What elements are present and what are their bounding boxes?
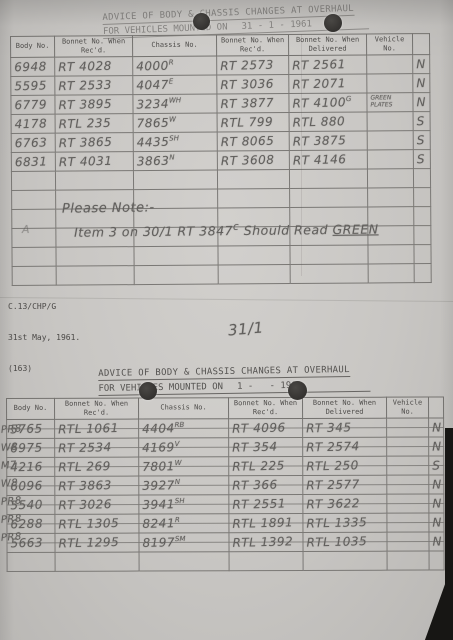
table-cell: 4169V: [139, 437, 229, 456]
table-row: [7, 550, 444, 571]
table-cell: RT 3865: [55, 132, 133, 152]
table-cell: [387, 494, 429, 513]
table-cell: [413, 168, 430, 187]
table-cell: RT 3895: [55, 94, 133, 114]
doc2-title: ADVICE OF BODY & CHASSIS CHANGES AT OVER…: [98, 365, 350, 381]
table-cell: [414, 187, 431, 206]
table-cell: [218, 245, 290, 265]
column-header: Chassis No.: [133, 35, 217, 56]
margin-annotation: PR8: [0, 420, 27, 440]
table-cell: [229, 551, 303, 570]
note-label: Please Note:-: [62, 200, 155, 216]
table-cell: [387, 418, 429, 437]
table-cell: [7, 552, 55, 571]
table-cell: N: [429, 417, 444, 436]
table-cell: 4435SH: [133, 132, 217, 152]
table-row: 4216RTL 2697801WRTL 225RTL 250S: [7, 455, 444, 476]
table-cell: RTL 250: [303, 456, 387, 475]
doc1-date: 31 - 1 - 1961: [241, 19, 312, 32]
table-cell: [387, 551, 429, 570]
table-cell: RT 2533: [55, 75, 133, 95]
margin-annotation: W8: [0, 474, 27, 494]
table-cell: [367, 168, 413, 187]
table-cell: 3234WH: [133, 94, 217, 114]
table-cell: N: [413, 73, 430, 92]
column-header: Bonnet No. When Rec'd.: [55, 36, 133, 57]
table-cell: [368, 263, 414, 282]
table-cell: [12, 190, 56, 209]
table-cell: S: [413, 149, 430, 168]
table-cell: 8197SM: [139, 532, 229, 551]
table-cell: RT 3622: [303, 494, 387, 513]
table-cell: [367, 130, 413, 149]
column-header: [428, 397, 443, 418]
table-cell: [368, 187, 414, 206]
margin-annotations: PR8W8M7W8PR8PR8PR8: [1, 421, 27, 547]
note-green: GREEN: [332, 222, 378, 237]
table-cell: [414, 225, 431, 244]
table-cell: RT 354: [229, 437, 303, 456]
table-cell: N: [429, 436, 444, 455]
table-cell: [12, 209, 56, 228]
table-cell: RT 4028: [55, 56, 133, 76]
table-cell: [12, 247, 56, 266]
table-cell: [387, 437, 429, 456]
table-cell: RTL 1335: [303, 513, 387, 532]
table-cell: RTL 1295: [55, 533, 139, 552]
table-cell: 8241R: [139, 513, 229, 532]
scanned-page: ADVICE OF BODY & CHASSIS CHANGES AT OVER…: [0, 0, 453, 640]
table-cell: [56, 246, 134, 266]
table-cell: N: [429, 474, 444, 493]
column-header: Vehicle No.: [386, 397, 428, 418]
hole-punch-icon: [193, 13, 210, 30]
column-header: Body No.: [7, 398, 55, 419]
column-header: Bonnet No. When Delivered: [302, 397, 386, 418]
changes-table-doc2: Body No.Bonnet No. When Rec'd.Chassis No…: [6, 396, 445, 571]
table-cell: RTL 225: [229, 456, 303, 475]
column-header: Bonnet No. When Rec'd.: [229, 397, 303, 418]
table-row: 6096RT 38633927NRT 366RT 2577N: [7, 474, 444, 495]
table-row: 5765RTL 10614404RBRT 4096RT 345N: [7, 417, 444, 438]
table-cell: N: [429, 512, 444, 531]
margin-annotation: M7: [0, 456, 27, 476]
table-cell: S: [413, 111, 430, 130]
page-annotation: 31/1: [227, 318, 264, 339]
table-cell: RT 3608: [217, 150, 289, 170]
reference-code: C.13/CHP/G: [8, 302, 80, 312]
table-cell: [368, 244, 414, 263]
table-row: 5540RT 30263941SHRT 2551RT 3622N: [7, 493, 444, 514]
reference-number: (163): [8, 364, 80, 374]
note-mid: Should Read: [239, 222, 332, 238]
table-row: 5663RTL 12958197SMRTL 1392RTL 1035N: [7, 531, 444, 552]
table-cell: [303, 551, 387, 570]
table-cell: N: [429, 531, 444, 550]
table-cell: 4404RB: [139, 418, 229, 437]
margin-scribble: A: [22, 223, 30, 236]
margin-annotation: PR8: [0, 510, 27, 530]
table-cell: RT 4031: [55, 151, 133, 171]
table-cell: [387, 513, 429, 532]
table-cell: RTL 269: [55, 457, 139, 476]
margin-annotation: W8: [0, 438, 27, 458]
column-header: Body No.: [11, 36, 55, 57]
table-cell: RTL 1891: [229, 513, 303, 532]
table-cell: [218, 264, 290, 284]
changes-table-doc1: Body No.Bonnet No. When Rec'd.Chassis No…: [10, 33, 432, 285]
column-header: Vehicle No.: [366, 34, 412, 55]
table-cell: 7801W: [139, 456, 229, 475]
note-item: Item 3 on 30/1 RT 3847: [74, 223, 233, 240]
table-cell: RTL 799: [217, 112, 289, 132]
table-cell: [55, 170, 133, 190]
reference-date: 31st May, 1961.: [8, 333, 80, 343]
margin-annotation: PR8: [0, 528, 27, 548]
table-cell: [11, 171, 55, 190]
table-cell: RT 3877: [217, 93, 289, 113]
table-cell: 3941SH: [139, 494, 229, 513]
table-cell: 3927N: [139, 475, 229, 494]
table-cell: 6779: [11, 95, 55, 114]
table-row: 6288RTL 13058241RRTL 1891RTL 1335N: [7, 512, 444, 533]
hole-punch-icon: [324, 14, 342, 32]
table-cell: N: [429, 493, 444, 512]
table-cell: RT 3026: [55, 495, 139, 514]
table-cell: GREEN PLATES: [367, 92, 413, 111]
hole-punch-icon: [139, 382, 157, 400]
table-cell: [387, 456, 429, 475]
table-cell: RTL 1392: [229, 532, 303, 551]
table-cell: [387, 532, 429, 551]
paper-crease: [301, 34, 302, 276]
table-cell: S: [429, 455, 444, 474]
table-cell: [55, 552, 139, 571]
doc2-subtitle: FOR VEHICLES MOUNTED ON: [98, 382, 223, 394]
note-text: Item 3 on 30/1 RT 3847c Should Read GREE…: [74, 219, 379, 239]
table-cell: 4178: [11, 114, 55, 133]
table-cell: N: [413, 92, 430, 111]
table-cell: RT 3863: [55, 476, 139, 495]
table-cell: RT 3036: [217, 74, 289, 94]
table-cell: 5595: [11, 76, 55, 95]
table-cell: RT 8065: [217, 131, 289, 151]
table-cell: RT 4096: [229, 418, 303, 437]
table-cell: 3863N: [133, 151, 217, 171]
margin-annotation: PR8: [0, 492, 27, 512]
table-cell: 4000R: [133, 56, 217, 76]
table-cell: [218, 188, 290, 208]
table-cell: [367, 73, 413, 92]
table-cell: N: [413, 54, 430, 73]
table-cell: [134, 246, 218, 266]
table-cell: RT 2551: [229, 494, 303, 513]
table-cell: RT 2574: [303, 437, 387, 456]
column-header: [412, 34, 429, 55]
table-cell: RTL 1035: [303, 532, 387, 551]
table-cell: RT 2534: [55, 438, 139, 457]
table-cell: [414, 244, 431, 263]
table-cell: S: [413, 130, 430, 149]
table-cell: RT 2577: [303, 475, 387, 494]
table-cell: [429, 550, 444, 569]
table-cell: RTL 235: [55, 113, 133, 133]
table-cell: RT 2573: [217, 55, 289, 75]
table-cell: [217, 169, 289, 189]
table-cell: [12, 228, 56, 247]
hole-punch-icon: [288, 381, 307, 400]
table-cell: [139, 551, 229, 570]
table-cell: RT 366: [229, 475, 303, 494]
table-cell: 6831: [11, 152, 55, 171]
table-cell: [414, 206, 431, 225]
table-cell: RTL 1061: [55, 419, 139, 438]
table-cell: [133, 170, 217, 190]
table-cell: [414, 263, 431, 282]
table-row: 6975RT 25344169VRT 354RT 2574N: [7, 436, 444, 457]
table-cell: 6948: [11, 57, 55, 76]
table-cell: [367, 54, 413, 73]
table-cell: RTL 1305: [55, 514, 139, 533]
column-header: Chassis No.: [139, 398, 229, 419]
table-cell: [367, 149, 413, 168]
table-cell: 4047E: [133, 75, 217, 95]
column-header: Bonnet No. When Rec'd.: [216, 35, 288, 56]
table-cell: 7865W: [133, 113, 217, 133]
table-cell: 6763: [11, 133, 55, 152]
table-cell: [387, 475, 429, 494]
table-cell: [134, 265, 218, 285]
column-header: Bonnet No. When Rec'd.: [55, 398, 139, 419]
table-cell: [367, 111, 413, 130]
table-cell: RT 345: [303, 418, 387, 437]
